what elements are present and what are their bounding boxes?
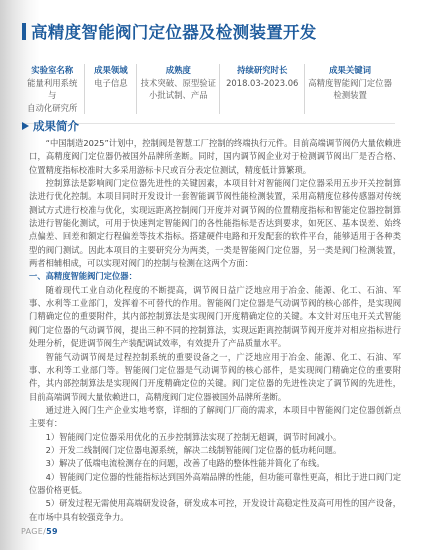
paragraph: 随着现代工业自动化程度的不断提高，调节阀日益广泛地应用于冶金、能源、化工、石油、… <box>29 284 401 351</box>
title-text: 高精度智能阀门定位器及检测装置开发 <box>31 19 317 43</box>
meta-label: 持续研究时长 <box>223 64 301 77</box>
meta-keywords: 成果关键词 高精度智能阀门定位器 检测装置 <box>304 64 395 114</box>
triangle-bullet-icon <box>22 122 29 130</box>
innovation-point: 1）智能阀门定位器采用优化的五步控制算法实现了控制无超调，调节时间减小。 <box>29 431 401 444</box>
meta-value: 自动化研究所 <box>23 102 81 115</box>
meta-label: 成熟度 <box>140 64 216 77</box>
meta-value: 能量利用系统与 <box>23 77 81 102</box>
page-label: PAGE/ <box>21 527 46 536</box>
paragraph: 控制算法是影响阀门定位器先进性的关键因素，本项目针对智能阀门定位器采用五步开关控… <box>29 177 401 270</box>
page-number: PAGE/59 <box>21 527 58 536</box>
meta-value: 检测装置 <box>308 89 392 102</box>
innovation-point: 4）智能阀门定位器的性能指标达到国外高端品牌的性能，但功能可靠性更高，相比于进口… <box>29 471 401 498</box>
subheading: 一、高精度智能阀门定位器： <box>29 270 401 283</box>
meta-lab-name: 实验室名称 能量利用系统与 自动化研究所 <box>20 64 84 114</box>
meta-value: 高精度智能阀门定位器 <box>308 77 392 90</box>
paragraph: “中国制造2025”计划中，控制阀是智慧工厂控制的终端执行元件。目前高端调节阀仍… <box>29 137 401 177</box>
meta-duration: 持续研究时长 2018.03-2023.06 <box>219 64 304 114</box>
innovation-point: 3）解决了低端电流检测存在的问题，改善了电路的整体性能并简化了布线。 <box>29 457 401 470</box>
document-page: 高精度智能阀门定位器及检测装置开发 实验室名称 能量利用系统与 自动化研究所 成… <box>0 0 431 550</box>
meta-maturity: 成熟度 技术突破、原型验证 小批试制、产品 <box>136 64 219 114</box>
innovation-point: 5）研发过程无需使用高端研发设备，研发成本可控，开发设计高稳定性及高可用性的国产… <box>29 497 401 524</box>
innovation-point: 2）开发二线制阀门定位器电源系统，解决二线制智能阀门定位器的低功耗问题。 <box>29 444 401 457</box>
meta-value: 技术突破、原型验证 <box>140 77 216 90</box>
meta-value: 电子信息 <box>88 77 133 90</box>
paragraph: 智能气动调节阀是过程控制系统的重要设备之一，广泛地应用于冶金、能源、化工、石油、… <box>29 351 401 404</box>
title-accent-bar <box>22 23 26 40</box>
meta-info-table: 实验室名称 能量利用系统与 自动化研究所 成果领域 电子信息 成熟度 技术突破、… <box>20 64 395 124</box>
meta-label: 成果关键词 <box>308 64 392 77</box>
page-number-value: 59 <box>46 527 58 536</box>
section-title: 成果简介 <box>33 118 79 134</box>
paragraph: 通过进入阀门生产企业实地考察，详细的了解阀门厂商的需求，本项目中智能阀门定位器创… <box>29 404 401 431</box>
page-title: 高精度智能阀门定位器及检测装置开发 <box>22 19 317 43</box>
meta-field: 成果领域 电子信息 <box>84 64 136 114</box>
meta-value: 小批试制、产品 <box>140 89 216 102</box>
meta-value: 2018.03-2023.06 <box>223 77 301 90</box>
meta-label: 实验室名称 <box>23 64 81 77</box>
body-text: “中国制造2025”计划中，控制阀是智慧工厂控制的终端执行元件。目前高端调节阀仍… <box>29 137 401 524</box>
section-heading: 成果简介 <box>22 118 79 134</box>
meta-label: 成果领域 <box>88 64 133 77</box>
